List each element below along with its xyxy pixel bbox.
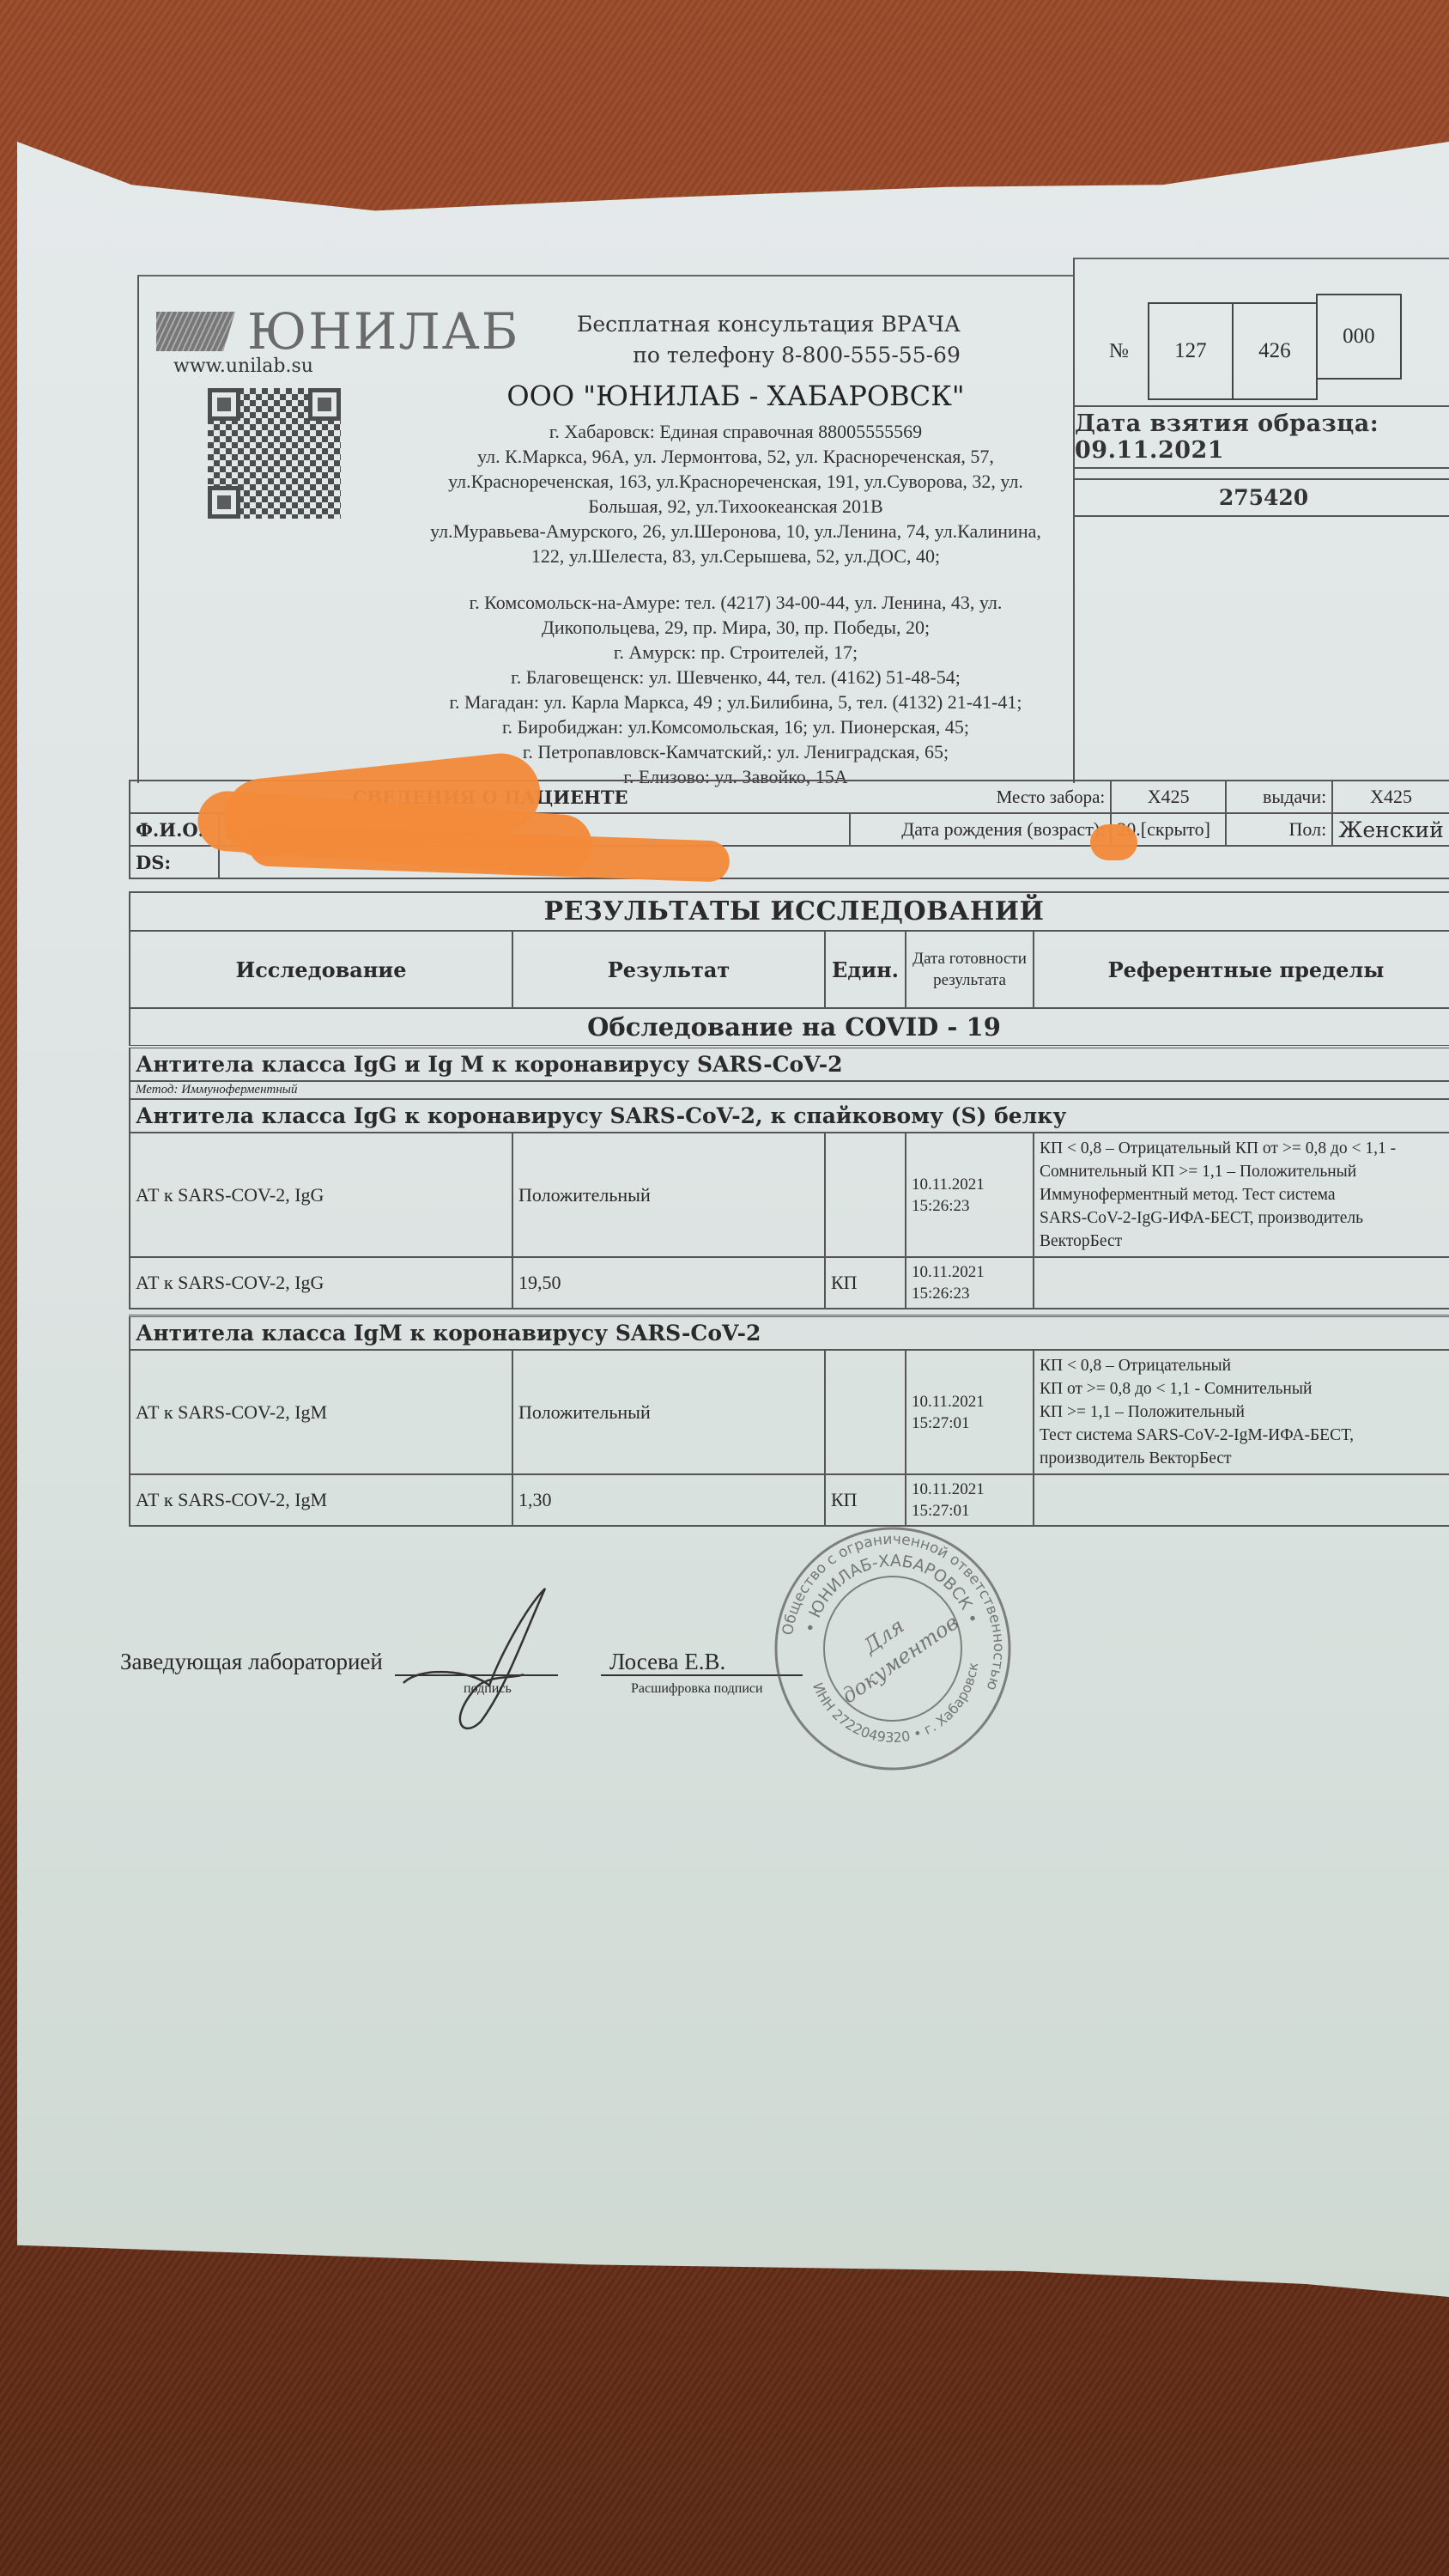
test-result: Положительный: [512, 1350, 825, 1474]
col-unit: Един.: [825, 931, 906, 1008]
signature-caption: подпись: [464, 1681, 512, 1697]
address-line: ул. К.Маркса, 96А, ул. Лермонтова, 52, у…: [397, 444, 1075, 469]
table-row: АТ к SARS-COV-2, IgM1,30КП10.11.202115:2…: [130, 1474, 1449, 1526]
table-row: АТ к SARS-COV-2, IgG19,50КП10.11.202115:…: [130, 1257, 1449, 1309]
reference-range: [1034, 1257, 1449, 1309]
test-result: Положительный: [512, 1133, 825, 1257]
test-name: АТ к SARS-COV-2, IgG: [130, 1133, 512, 1257]
order-number-part: 000: [1316, 294, 1402, 380]
panel-title: Антитела класса IgG и Ig M к коронавирус…: [130, 1047, 1449, 1081]
col-result: Результат: [512, 931, 825, 1008]
address-line: г. Биробиджан: ул.Комсомольская, 16; ул.…: [397, 714, 1075, 739]
address-line: Большая, 92, ул.Тихоокеанская 201В: [397, 494, 1075, 519]
address-line: г. Хабаровск: Единая справочная 88005555…: [397, 419, 1075, 444]
redaction-mark: [1090, 824, 1137, 860]
test-name: АТ к SARS-COV-2, IgG: [130, 1257, 512, 1309]
address-line: ул.Муравьева-Амурского, 26, ул.Шеронова,…: [397, 519, 1075, 544]
table-row: АТ к SARS-COV-2, IgMПоложительный10.11.2…: [130, 1350, 1449, 1474]
patient-sex: Женский: [1332, 813, 1449, 846]
exam-section: Обследование на COVID - 19: [130, 1008, 1449, 1047]
results-table: РЕЗУЛЬТАТЫ ИССЛЕДОВАНИЙ Исследование Рез…: [129, 891, 1449, 1527]
order-number-part: 426: [1232, 302, 1318, 400]
test-group-title: Антитела класса IgM к коронавирусу SARS-…: [130, 1316, 1449, 1351]
issue-place-label: выдачи:: [1226, 781, 1332, 813]
qr-code-icon: [208, 388, 341, 519]
test-unit: КП: [825, 1257, 906, 1309]
address-line: г. Благовещенск: ул. Шевченко, 44, тел. …: [397, 665, 1075, 690]
org-name: ООО "ЮНИЛАБ - ХАБАРОВСК": [397, 380, 1075, 412]
signature-block: Заведующая лабораторией подпись Лосева Е…: [120, 1649, 1150, 1889]
brand-name: ЮНИЛАБ: [247, 302, 519, 361]
organization-info: ООО "ЮНИЛАБ - ХАБАРОВСК" г. Хабаровск: Е…: [397, 380, 1075, 789]
signer-name-caption: Расшифровка подписи: [631, 1681, 763, 1697]
consultation-info: Бесплатная консультация ВРАЧА по телефон…: [577, 309, 961, 371]
signer-name: Лосева Е.В.: [609, 1649, 725, 1675]
birth-date-label: Дата рождения (возраст):: [850, 813, 1111, 846]
order-code: 275420: [1075, 478, 1449, 517]
collection-place-label: Место забора:: [850, 781, 1111, 813]
collection-place: X425: [1111, 781, 1226, 813]
address-line: г. Комсомольск-на-Амуре: тел. (4217) 34-…: [397, 590, 1075, 615]
address-line: 122, ул.Шелеста, 83, ул.Серышева, 52, ул…: [397, 544, 1075, 568]
sex-label: Пол:: [1226, 813, 1332, 846]
reference-range: КП < 0,8 – ОтрицательныйКП от >= 0,8 до …: [1034, 1350, 1449, 1474]
reference-range: КП < 0,8 – Отрицательный КП от >= 0,8 до…: [1034, 1133, 1449, 1257]
ready-date: 10.11.202115:26:23: [906, 1257, 1034, 1309]
issue-place: X425: [1332, 781, 1449, 813]
handwritten-signature-icon: [395, 1584, 567, 1730]
addresses-khabarovsk: г. Хабаровск: Единая справочная 88005555…: [397, 419, 1075, 568]
website-link[interactable]: www.unilab.su: [173, 355, 313, 377]
address-line: г. Магадан: ул. Карла Маркса, 49 ; ул.Би…: [397, 690, 1075, 714]
test-unit: [825, 1350, 906, 1474]
reference-range: [1034, 1474, 1449, 1526]
address-line: ул.Краснореченская, 163, ул.Краснореченс…: [397, 469, 1075, 494]
signer-role: Заведующая лабораторией: [120, 1649, 383, 1675]
address-line: Дикопольцева, 29, пр. Мира, 30, пр. Побе…: [397, 615, 1075, 640]
address-line: г. Амурск: пр. Строителей, 17;: [397, 640, 1075, 665]
ready-date: 10.11.202115:26:23: [906, 1133, 1034, 1257]
order-number: № 127 426 000: [1109, 302, 1402, 400]
col-ready-date: Дата готовности результата: [906, 931, 1034, 1008]
company-stamp-icon: Общество с ограниченной ответственностью…: [773, 1524, 1013, 1773]
header-block: ЮНИЛАБ www.unilab.su Бесплатная консульт…: [137, 275, 1075, 783]
ds-label: DS:: [130, 846, 219, 878]
test-name: АТ к SARS-COV-2, IgM: [130, 1350, 512, 1474]
method-note: Метод: Иммуноферментный: [130, 1081, 1449, 1099]
table-row: АТ к SARS-COV-2, IgGПоложительный10.11.2…: [130, 1133, 1449, 1257]
leaf-logo-icon: [156, 312, 235, 351]
test-result: 1,30: [512, 1474, 825, 1526]
order-number-part: 127: [1148, 302, 1234, 400]
test-unit: КП: [825, 1474, 906, 1526]
ready-date: 10.11.202115:27:01: [906, 1350, 1034, 1474]
ready-date: 10.11.202115:27:01: [906, 1474, 1034, 1526]
sample-date: Дата взятия образца: 09.11.2021: [1075, 405, 1449, 469]
test-result: 19,50: [512, 1257, 825, 1309]
test-unit: [825, 1133, 906, 1257]
order-block: № 127 426 000 Дата взятия образца: 09.11…: [1073, 258, 1449, 783]
col-test: Исследование: [130, 931, 512, 1008]
test-name: АТ к SARS-COV-2, IgM: [130, 1474, 512, 1526]
test-group-title: Антитела класса IgG к коронавирусу SARS-…: [130, 1099, 1449, 1133]
brand-logo: ЮНИЛАБ: [156, 302, 519, 361]
results-title: РЕЗУЛЬТАТЫ ИССЛЕДОВАНИЙ: [130, 892, 1449, 931]
col-reference: Референтные пределы: [1034, 931, 1449, 1008]
